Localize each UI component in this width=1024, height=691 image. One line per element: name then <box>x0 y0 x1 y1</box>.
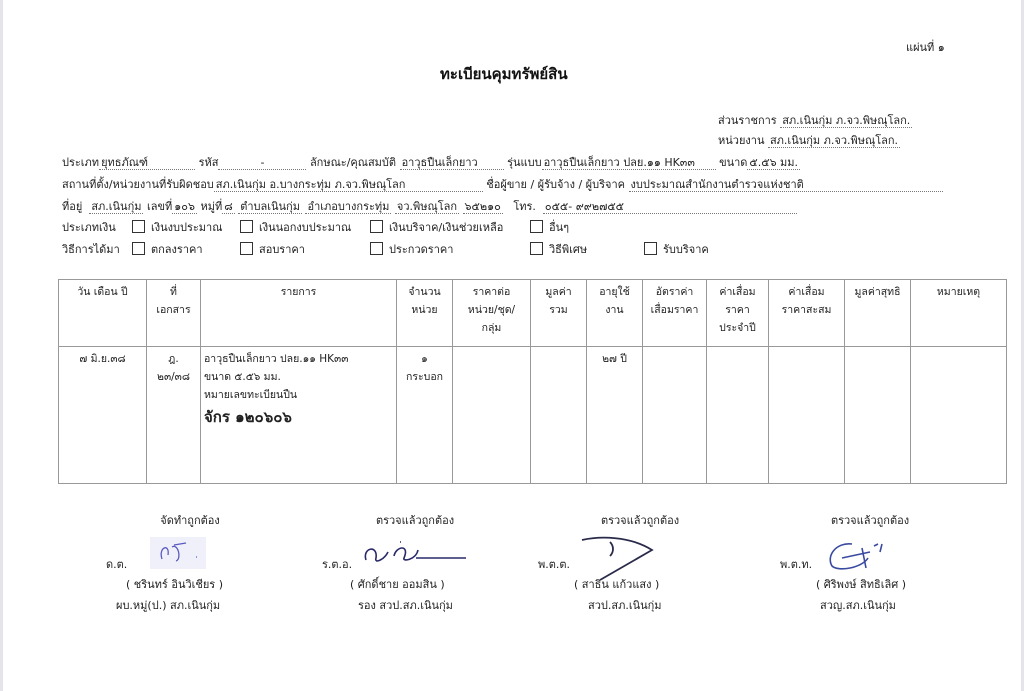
property-label: ลักษณะ/คุณสมบัติ <box>310 156 396 169</box>
unit-line: หน่วยงาน สภ.เนินกุ่ม ภ.จว.พิษณุโลก. <box>718 131 900 149</box>
cell-quantity: ๑กระบอก <box>397 347 453 484</box>
table-row: ๗ มิ.ย.๓๘ ฎ.๒๓/๓๘ อาวุธปืนเล็กยาว ปลย.๑๑… <box>59 347 1007 484</box>
acquisition-label: วิธีการได้มา <box>62 240 120 258</box>
signature-heading: ตรวจแล้วถูกต้อง <box>570 511 710 529</box>
column-header: ค่าเสื่อมราคาสะสม <box>769 280 845 347</box>
size-value: ๕.๕๖ มม. <box>747 156 800 170</box>
code-label: รหัส <box>199 156 219 169</box>
cell-item: อาวุธปืนเล็กยาว ปลย.๑๑ HK๓๓ ขนาด ๕.๕๖ มม… <box>201 347 397 484</box>
cell-unit-price <box>453 347 531 484</box>
signature-name: ( สาธิน แก้วแสง ) <box>574 575 659 593</box>
checkbox-icon[interactable] <box>370 220 383 233</box>
district-value: อำเภอบางกระทุ่ม <box>305 200 391 214</box>
unit-label: หน่วยงาน <box>718 134 764 147</box>
checkbox-icon[interactable] <box>644 242 657 255</box>
signature-position: ผบ.หมู่(ป.) สภ.เนินกุ่ม <box>116 596 220 614</box>
village-value: ๘ <box>222 200 235 214</box>
agency-value: สภ.เนินกุ่ม ภ.จว.พิษณุโลก. <box>780 114 912 128</box>
address-label: ที่อยู่ <box>62 200 82 213</box>
acquisition-option-negotiate[interactable]: ตกลงราคา <box>128 240 203 258</box>
page-edge-left <box>0 0 3 691</box>
type-label: ประเภท <box>62 156 99 169</box>
type-row: ประเภทยุทธภัณฑ์ รหัส- ลักษณะ/คุณสมบัติ อ… <box>62 153 800 171</box>
unit-value: สภ.เนินกุ่ม ภ.จว.พิษณุโลก. <box>768 134 900 148</box>
signature-rank: ด.ต. <box>106 555 127 573</box>
acquisition-option-special[interactable]: วิธีพิเศษ <box>526 240 587 258</box>
location-row: สถานที่ตั้ง/หน่วยงานที่รับผิดชอบสภ.เนินก… <box>62 175 943 193</box>
signature-name: ( ศักดิ์ชาย ออมสิน ) <box>350 575 445 593</box>
location-value: สภ.เนินกุ่ม อ.บางกระทุ่ม ภ.จว.พิษณุโลก <box>214 178 483 192</box>
money-type-option-budget[interactable]: เงินงบประมาณ <box>128 218 222 236</box>
location-label: สถานที่ตั้ง/หน่วยงานที่รับผิดชอบ <box>62 178 214 191</box>
number-label: เลขที่ <box>147 200 172 213</box>
column-header: ราคาต่อหน่วย/ชุด/กลุ่ม <box>453 280 531 347</box>
phone-label: โทร. <box>513 200 536 213</box>
signature-heading: ตรวจแล้วถูกต้อง <box>800 511 940 529</box>
model-value: อาวุธปืนเล็กยาว ปลย.๑๑ HK๓๓ <box>542 156 716 170</box>
item-line: ขนาด ๕.๕๖ มม. <box>204 368 393 386</box>
seller-value: งบประมาณสำนักงานตำรวจแห่งชาติ <box>629 178 943 192</box>
column-header: จำนวนหน่วย <box>397 280 453 347</box>
signature-name: ( ชรินทร์ อินวิเชียร ) <box>126 575 223 593</box>
column-header: มูลค่ารวม <box>531 280 587 347</box>
checkbox-icon[interactable] <box>132 242 145 255</box>
column-header: อัตราค่าเสื่อมราคา <box>643 280 707 347</box>
column-header: วัน เดือน ปี <box>59 280 147 347</box>
agency-line: ส่วนราชการ สภ.เนินกุ่ม ภ.จว.พิษณุโลก. <box>718 111 912 129</box>
agency-label: ส่วนราชการ <box>718 114 777 127</box>
signature-position: รอง สวป.สภ.เนินกุ่ม <box>358 596 453 614</box>
column-header: หมายเหตุ <box>911 280 1007 347</box>
column-header: รายการ <box>201 280 397 347</box>
signature-position: สวญ.สภ.เนินกุ่ม <box>820 596 896 614</box>
sheet-number: แผ่นที่ ๑ <box>906 38 945 56</box>
checkbox-icon[interactable] <box>240 242 253 255</box>
code-value: - <box>218 156 306 170</box>
signature-block-checker-1: ตรวจแล้วถูกต้อง <box>345 511 485 535</box>
size-label: ขนาด <box>719 156 747 169</box>
province-value: จว.พิษณุโลก <box>395 200 459 214</box>
checkbox-icon[interactable] <box>132 220 145 233</box>
cell-net-value <box>845 347 911 484</box>
money-type-label: ประเภทเงิน <box>62 218 116 236</box>
acquisition-option-quotation[interactable]: สอบราคา <box>236 240 305 258</box>
signature-rank: ร.ต.อ. <box>322 555 352 573</box>
cell-depreciation-rate <box>643 347 707 484</box>
item-line: อาวุธปืนเล็กยาว ปลย.๑๑ HK๓๓ <box>204 350 393 368</box>
money-type-option-donation[interactable]: เงินบริจาค/เงินช่วยเหลือ <box>366 218 503 236</box>
item-line: หมายเลขทะเบียนปืน <box>204 386 393 404</box>
cell-useful-life: ๒๗ ปี <box>587 347 643 484</box>
postcode-value: ๖๕๒๑๐ <box>463 200 503 214</box>
checkbox-icon[interactable] <box>370 242 383 255</box>
column-header: อายุใช้งาน <box>587 280 643 347</box>
table-header-row: วัน เดือน ปีที่เอกสารรายการจำนวนหน่วยราค… <box>59 280 1007 347</box>
signature-position: สวป.สภ.เนินกุ่ม <box>588 596 662 614</box>
checkbox-icon[interactable] <box>240 220 253 233</box>
column-header: ที่เอกสาร <box>147 280 201 347</box>
signature-mark <box>360 538 470 568</box>
signature-name: ( ศิริพงษ์ สิทธิเลิศ ) <box>816 575 906 593</box>
column-header: มูลค่าสุทธิ <box>845 280 911 347</box>
cell-date: ๗ มิ.ย.๓๘ <box>59 347 147 484</box>
acquisition-option-donation[interactable]: รับบริจาค <box>640 240 709 258</box>
column-header: ค่าเสื่อมราคาประจำปี <box>707 280 769 347</box>
money-type-option-other[interactable]: อื่นๆ <box>526 218 569 236</box>
checkbox-icon[interactable] <box>530 242 543 255</box>
signature-heading: ตรวจแล้วถูกต้อง <box>345 511 485 529</box>
cell-annual-depreciation <box>707 347 769 484</box>
acquisition-option-bidding[interactable]: ประกวดราคา <box>366 240 453 258</box>
page-title: ทะเบียนคุมทรัพย์สิน <box>440 62 568 86</box>
village-label: หมู่ที่ <box>200 200 222 213</box>
phone-value: ๐๕๕- ๙๙๒๗๕๕ <box>543 200 797 214</box>
model-label: รุ่นแบบ <box>507 156 541 169</box>
seller-label: ชื่อผู้ขาย / ผู้รับจ้าง / ผู้บริจาค <box>486 178 625 191</box>
signature-heading: จัดทำถูกต้อง <box>120 511 260 529</box>
address-place: สภ.เนินกุ่ม <box>89 200 143 214</box>
money-type-option-non-budget[interactable]: เงินนอกงบประมาณ <box>236 218 351 236</box>
cell-accumulated-depreciation <box>769 347 845 484</box>
address-row: ที่อยู่ สภ.เนินกุ่ม เลขที่๑๐๖ หมู่ที่๘ ต… <box>62 197 797 215</box>
checkbox-icon[interactable] <box>530 220 543 233</box>
signature-mark <box>822 538 892 574</box>
signature-block-checker-2: ตรวจแล้วถูกต้อง <box>570 511 710 535</box>
signature-block-preparer: จัดทำถูกต้อง <box>120 511 260 535</box>
signature-rank: พ.ต.ต. <box>538 555 570 573</box>
asset-register-table: วัน เดือน ปีที่เอกสารรายการจำนวนหน่วยราค… <box>58 279 1007 484</box>
signature-mark <box>150 537 206 569</box>
signature-rank: พ.ต.ท. <box>780 555 812 573</box>
property-value: อาวุธปืนเล็กยาว <box>400 156 504 170</box>
signature-block-checker-3: ตรวจแล้วถูกต้อง <box>800 511 940 535</box>
type-value: ยุทธภัณฑ์ <box>99 156 195 170</box>
item-serial: จักร ๑๒๐๖๐๖ <box>204 408 393 426</box>
cell-doc-no: ฎ.๒๓/๓๘ <box>147 347 201 484</box>
subdistrict-value: ตำบลเนินกุ่ม <box>238 200 302 214</box>
number-value: ๑๐๖ <box>172 200 197 214</box>
cell-total-value <box>531 347 587 484</box>
cell-remarks <box>911 347 1007 484</box>
